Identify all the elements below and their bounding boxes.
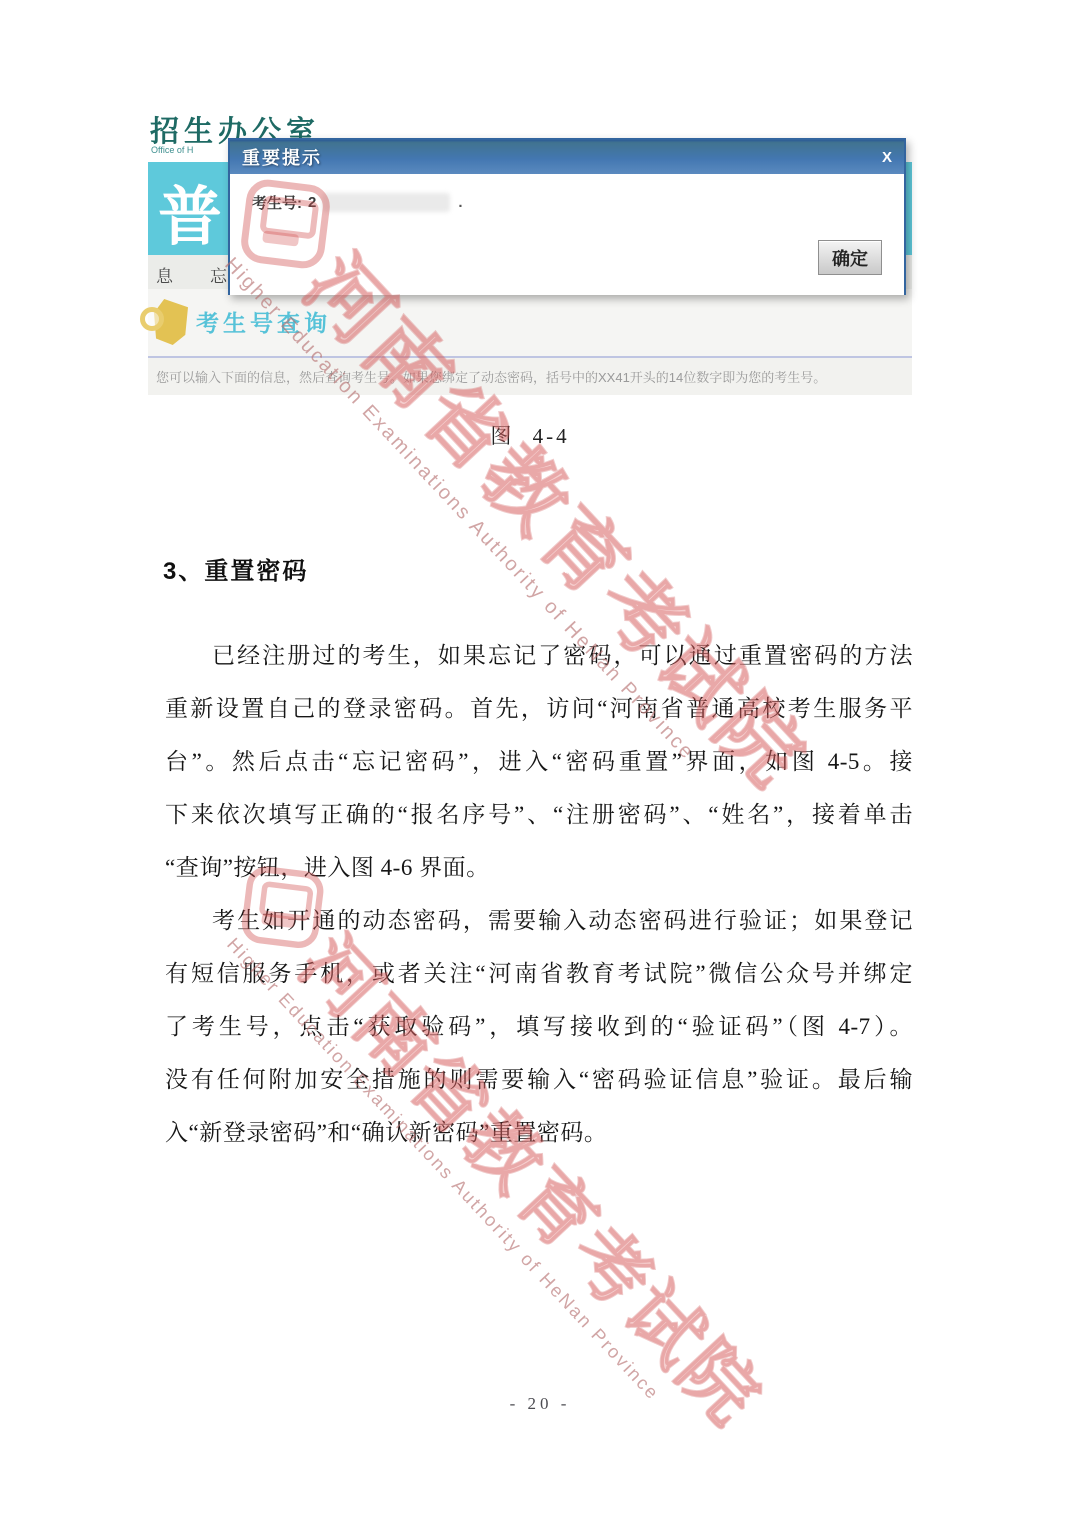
dialog-title: 重要提示: [242, 144, 322, 170]
body-line: 已经注册过的考生，如果忘记了密码，可以通过重置密码的方法: [165, 629, 913, 682]
helper-text: 您可以输入下面的信息，然后查询考生号。如果您绑定了动态密码，括号中的XX41开头…: [148, 358, 912, 395]
magnifier-icon: [140, 307, 164, 331]
menu-item-partial-2[interactable]: 忘: [210, 262, 227, 287]
body-line: 重新设置自己的登录密码。首先，访问“河南省普通高校考生服务平: [165, 682, 913, 735]
figure-caption: 图 4-4: [148, 420, 912, 450]
candidate-number-field: 考生号: 2 .: [252, 192, 463, 213]
section-heading: 3、重置密码: [163, 551, 308, 586]
body-line: 下来依次填写正确的“报名序号”、“注册密码”、“姓名”，接着单击: [165, 788, 913, 841]
redacted-value: [322, 193, 450, 212]
query-section-header: 考生号查询: [148, 289, 912, 356]
close-icon[interactable]: X: [882, 149, 892, 166]
dialog-titlebar: 重要提示 X: [230, 140, 904, 174]
body-line: “查询”按钮，进入图 4-6 界面。: [165, 841, 913, 894]
menu-item-partial-1[interactable]: 息: [156, 262, 173, 287]
candidate-number-value: 2: [308, 194, 316, 211]
query-section-title: 考生号查询: [196, 305, 331, 338]
document-page: 招生办公室 Office of H 普 息 忘 考生号查询 您可以输入下面的信息…: [0, 0, 1080, 1527]
banner-text: 普: [158, 166, 222, 258]
page-number: - 20 -: [0, 1394, 1080, 1414]
candidate-number-label: 考生号:: [252, 192, 302, 213]
org-subtitle: Office of H: [151, 145, 193, 155]
body-text: 已经注册过的考生，如果忘记了密码，可以通过重置密码的方法 重新设置自己的登录密码…: [165, 629, 913, 1159]
body-line: 有短信服务手机，或者关注“河南省教育考试院”微信公众号并绑定: [165, 947, 913, 1000]
important-notice-dialog: 重要提示 X 考生号: 2 . 确定: [228, 138, 906, 295]
body-line: 台”。然后点击“忘记密码”，进入“密码重置”界面，如图 4-5。接: [165, 735, 913, 788]
body-line: 考生如开通的动态密码，需要输入动态密码进行验证；如果登记: [165, 894, 913, 947]
confirm-button[interactable]: 确定: [818, 240, 882, 275]
search-badge-icon: [148, 295, 188, 351]
body-line: 没有任何附加安全措施的则需要输入“密码验证信息”验证。最后输: [165, 1053, 913, 1106]
value-tail: .: [458, 194, 462, 211]
figure-screenshot: 招生办公室 Office of H 普 息 忘 考生号查询 您可以输入下面的信息…: [148, 120, 912, 395]
body-line: 了考生号，点击“获取验码”，填写接收到的“验证码”（图 4-7）。: [165, 1000, 913, 1053]
body-line: 入“新登录密码”和“确认新密码”重置密码。: [165, 1106, 913, 1159]
dialog-body: 考生号: 2 . 确定: [230, 174, 904, 295]
